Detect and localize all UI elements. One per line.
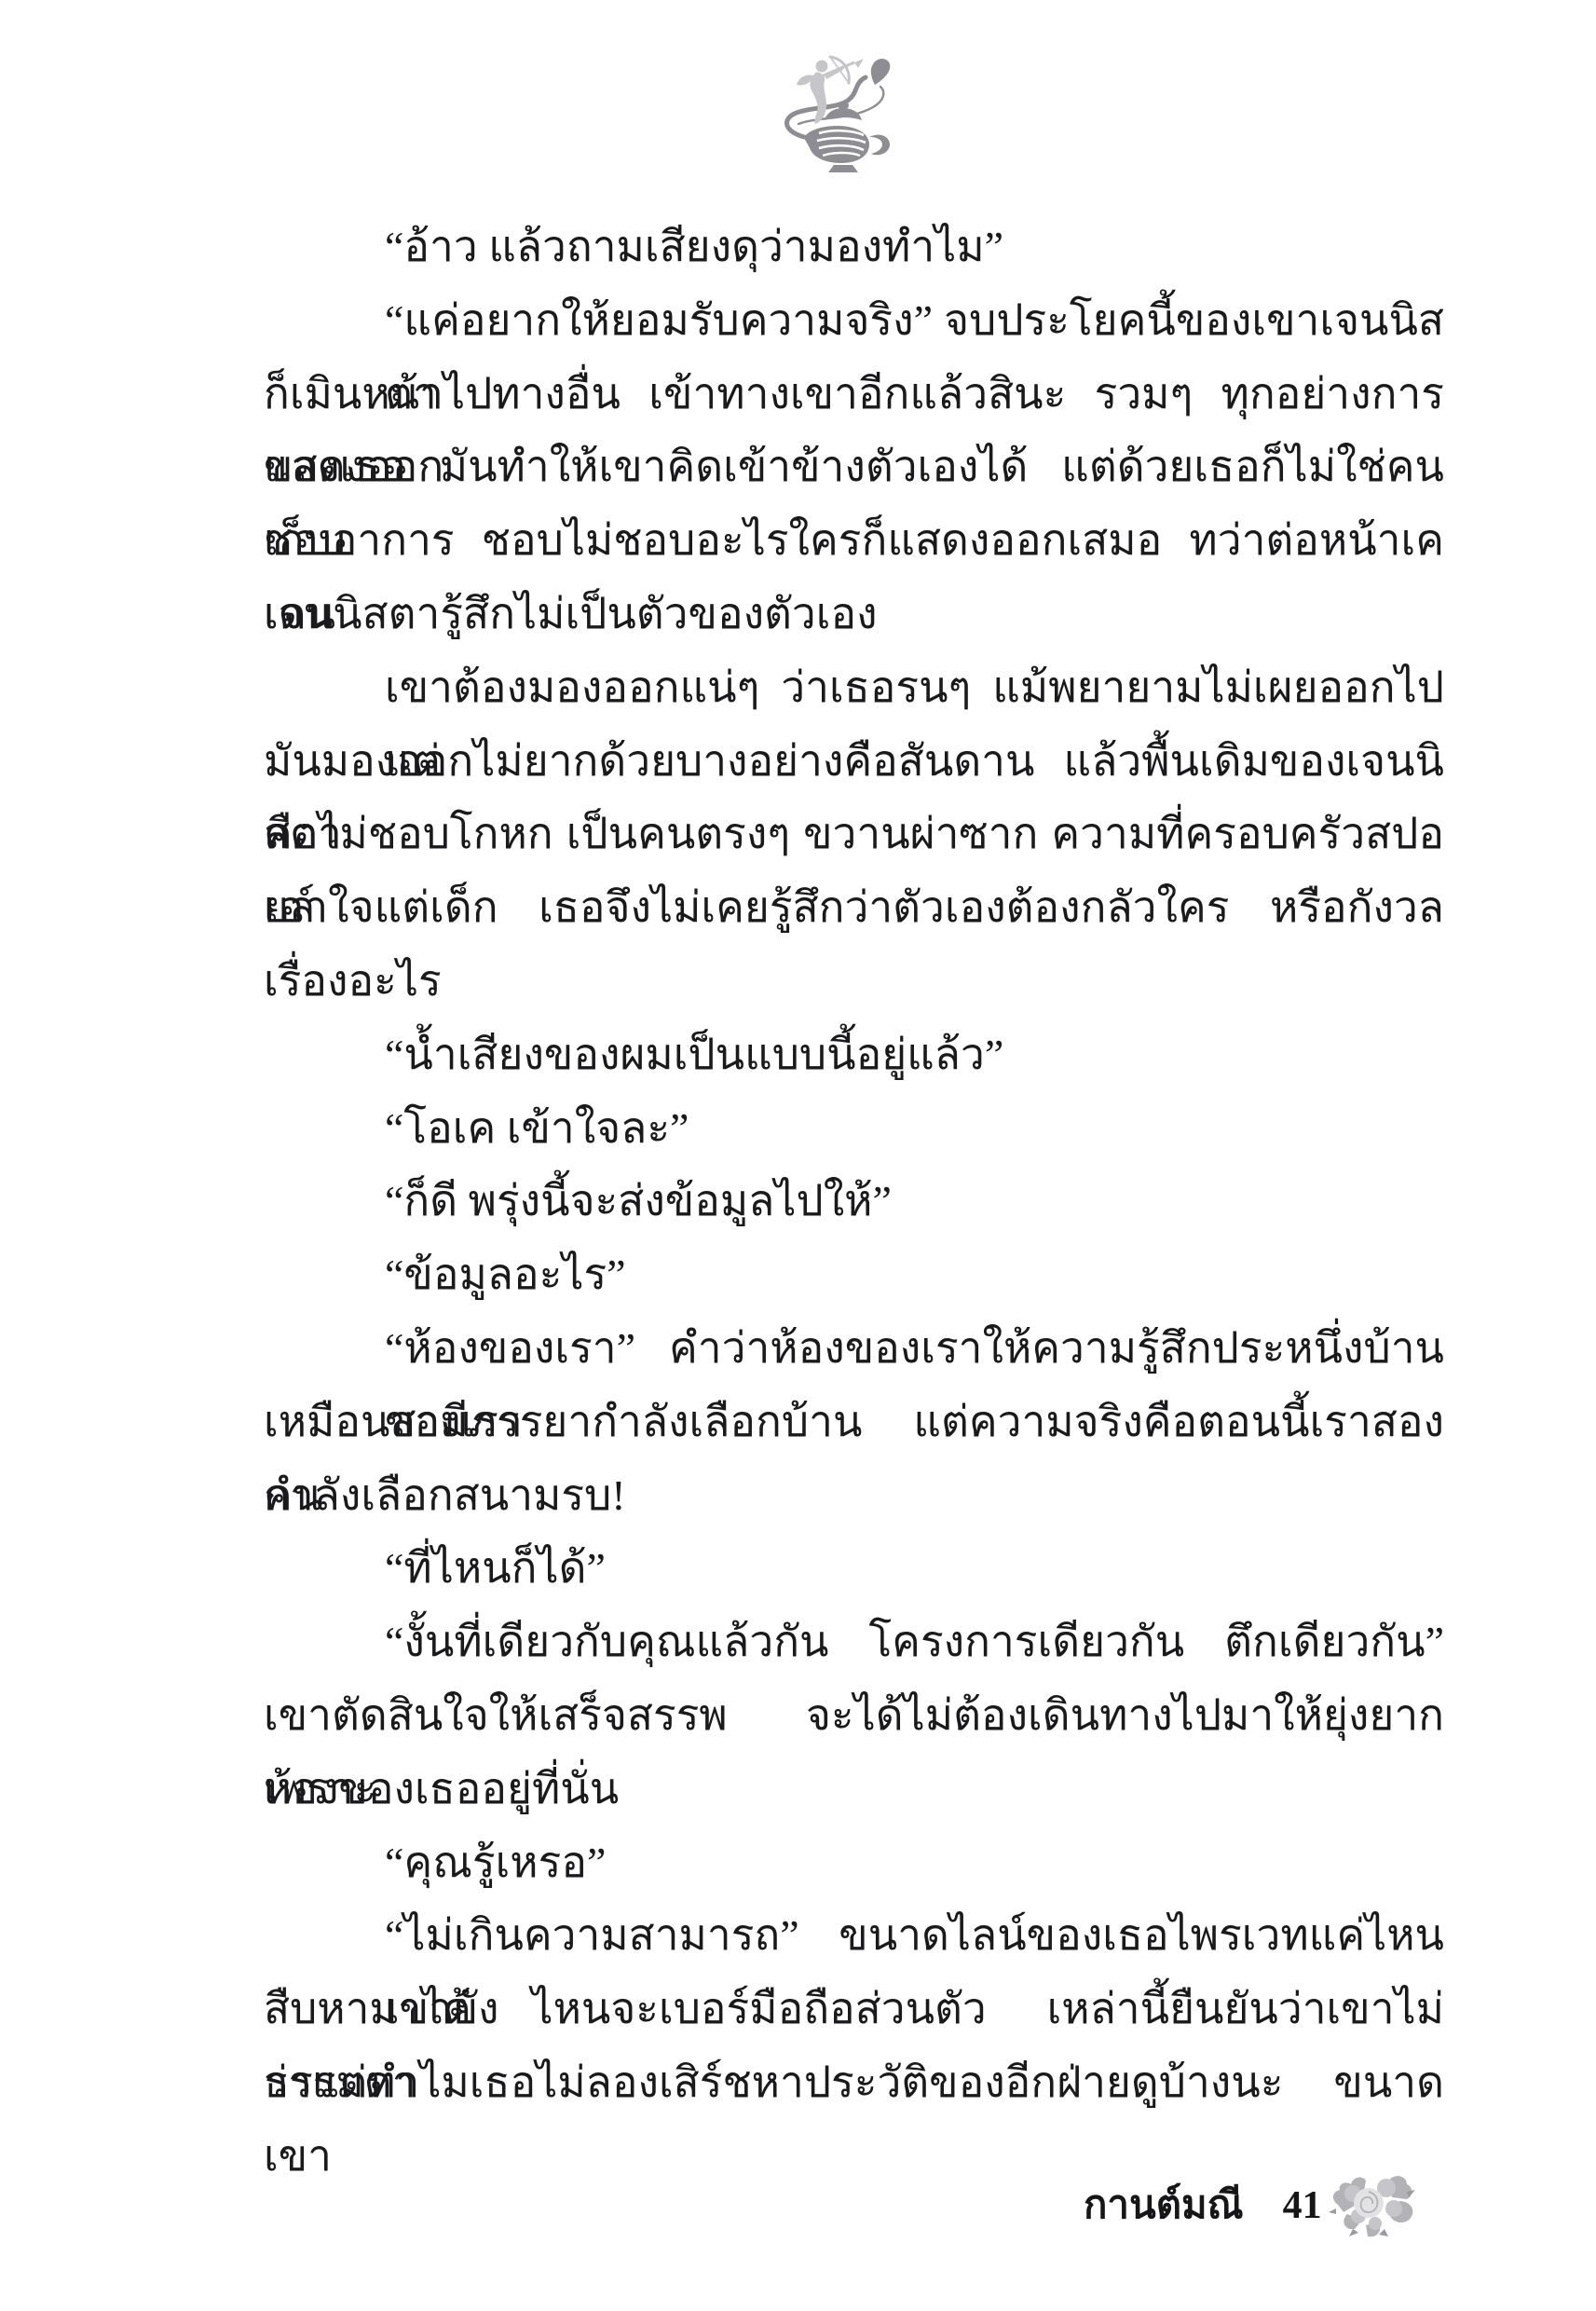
- heart-icon: [871, 59, 890, 85]
- text-line: มันมองออกไม่ยากด้วยบางอย่างคือสันดาน แล้…: [264, 725, 1444, 799]
- text-line: “ข้อมูลอะไร”: [264, 1238, 1444, 1312]
- text-line: “แค่อยากให้ยอมรับความจริง” จบประโยคนี้ขอ…: [264, 284, 1444, 358]
- arrow-head: [854, 59, 864, 68]
- text-line: เหมือนสามีภรรยากำลังเลือกบ้าน แต่ความจริ…: [264, 1386, 1444, 1459]
- flower-ornament: [1325, 2160, 1418, 2242]
- page-footer: กานต์มณี 41: [1084, 2179, 1322, 2233]
- genie-lamp-ornament: [776, 51, 897, 174]
- lamp-icon: [804, 102, 890, 173]
- text-line: เอาใจแต่เด็ก เธอจึงไม่เคยรู้สึกว่าตัวเอง…: [264, 871, 1444, 945]
- text-line: เรื่องอะไร: [264, 945, 1444, 1019]
- page-number: 41: [1283, 2179, 1322, 2233]
- text-line: “ห้องของเรา” คำว่าห้องของเราให้ความรู้สึ…: [264, 1312, 1444, 1386]
- body-text: “อ้าว แล้วถามเสียงดุว่ามองทำไม”“แค่อยากใ…: [264, 211, 1444, 2120]
- genie-lamp-cupid-icon: [776, 51, 897, 174]
- text-line: ของเธอ มันทำให้เขาคิดเข้าข้างตัวเองได้ แ…: [264, 431, 1444, 504]
- text-line: “คุณรู้เหรอ”: [264, 1826, 1444, 1900]
- text-line: ก็เมินหน้าไปทางอื่น เข้าทางเขาอีกแล้วสิน…: [264, 358, 1444, 431]
- text-line: “ก็ดี พรุ่งนี้จะส่งข้อมูลไปให้”: [264, 1165, 1444, 1238]
- flower-bouquet-icon: [1325, 2160, 1418, 2242]
- text-line: “ที่ไหนก็ได้”: [264, 1532, 1444, 1606]
- author-name: กานต์มณี: [1084, 2179, 1244, 2233]
- text-line: “น้ำเสียงของผมเป็นแบบนี้อยู่แล้ว”: [264, 1019, 1444, 1092]
- text-line: “งั้นที่เดียวกับคุณแล้วกัน โครงการเดียวก…: [264, 1606, 1444, 1679]
- text-line: เก็บอาการ ชอบไม่ชอบอะไรใครก็แสดงออกเสมอ …: [264, 504, 1444, 578]
- text-line: เขาตัดสินใจให้เสร็จสรรพ จะได้ไม่ต้องเดิน…: [264, 1679, 1444, 1753]
- text-line: สืบหามาได้ ไหนจะเบอร์มือถือส่วนตัว เหล่า…: [264, 1973, 1444, 2046]
- text-line: กำลังเลือกสนามรบ!: [264, 1459, 1444, 1533]
- text-line: เจนนิสตารู้สึกไม่เป็นตัวของตัวเอง: [264, 578, 1444, 651]
- text-line: “โอเค เข้าใจละ”: [264, 1092, 1444, 1166]
- text-line: คือไม่ชอบโกหก เป็นคนตรงๆ ขวานผ่าซาก ความ…: [264, 798, 1444, 871]
- text-line: เขาต้องมองออกแน่ๆ ว่าเธอรนๆ แม้พยายามไม่…: [264, 651, 1444, 725]
- text-line: ว่าแต่ทำไมเธอไม่ลองเสิร์ชหาประวัติของอีก…: [264, 2046, 1444, 2120]
- book-page: “อ้าว แล้วถามเสียงดุว่ามองทำไม”“แค่อยากใ…: [0, 0, 1596, 2311]
- text-line: “ไม่เกินความสามารถ” ขนาดไลน์ของเธอไพรเวท…: [264, 1899, 1444, 1973]
- text-line: ห้องของเธออยู่ที่นั่น: [264, 1753, 1444, 1826]
- text-line: “อ้าว แล้วถามเสียงดุว่ามองทำไม”: [264, 211, 1444, 284]
